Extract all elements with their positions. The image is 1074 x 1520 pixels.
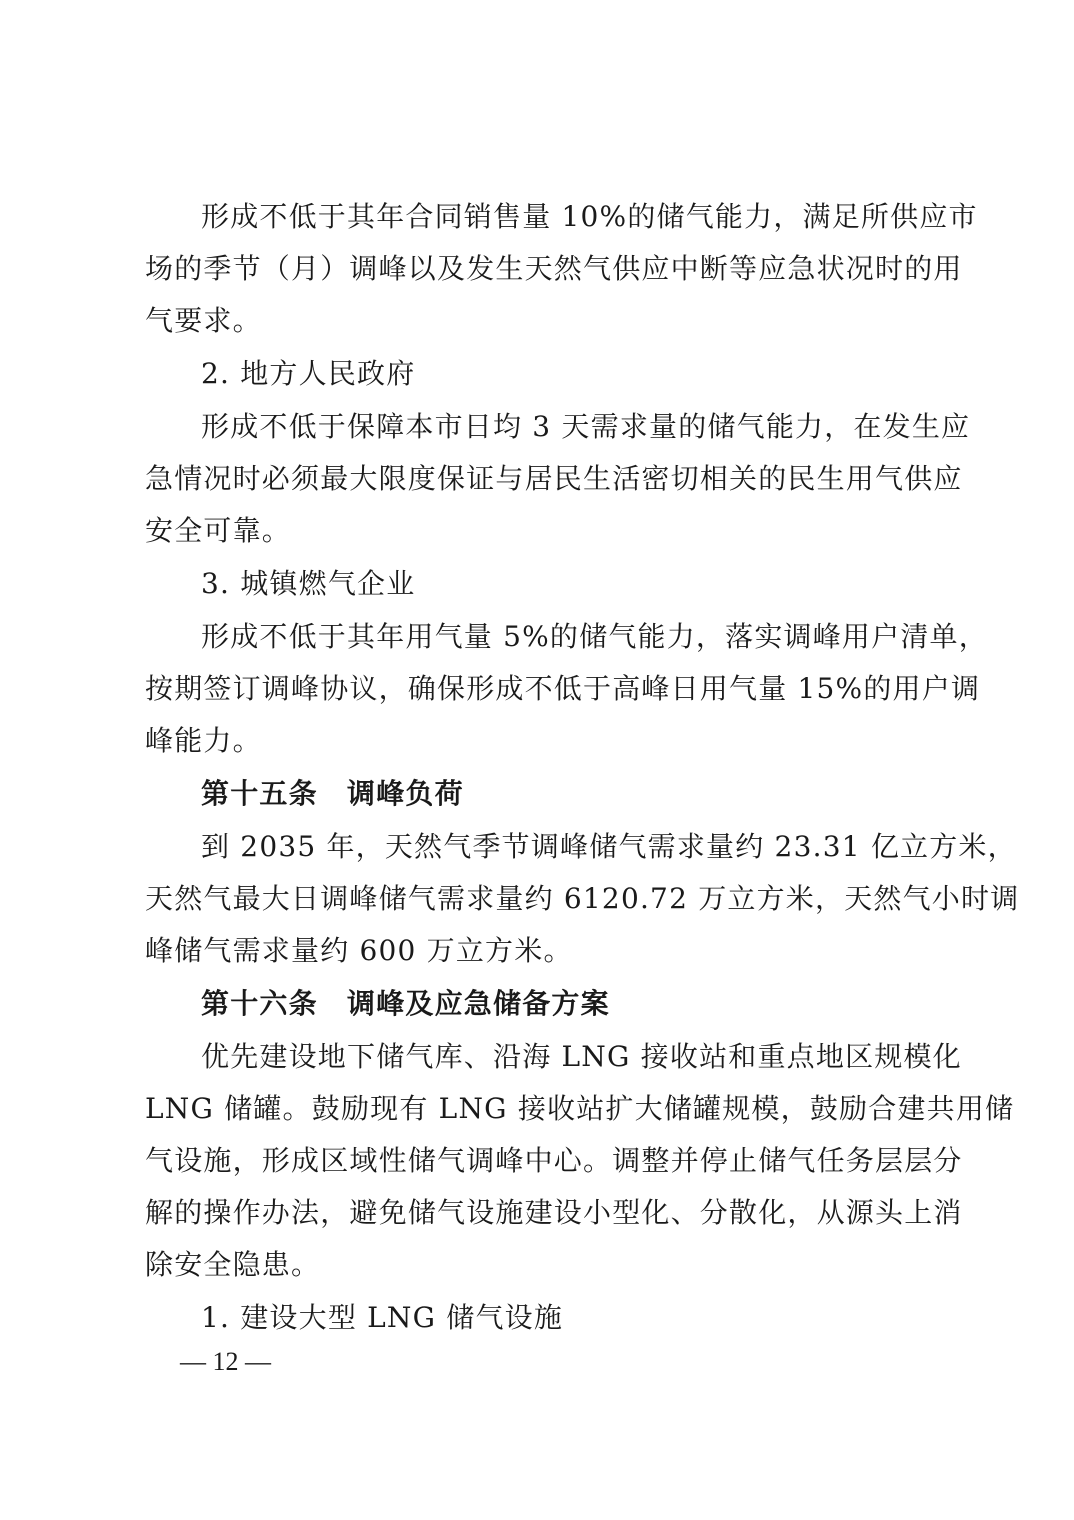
section-heading-lng-facilities: 1. 建设大型 LNG 储气设施 bbox=[201, 1291, 563, 1345]
paragraph-line: 解的操作办法，避免储气设施建设小型化、分散化，从源头上消 bbox=[145, 1186, 940, 1240]
section-heading-local-government: 2. 地方人民政府 bbox=[201, 347, 415, 401]
paragraph-line: 形成不低于其年合同销售量 10%的储气能力，满足所供应市 bbox=[201, 190, 940, 244]
paragraph-line: 场的季节（月）调峰以及发生天然气供应中断等应急状况时的用 bbox=[145, 242, 940, 296]
paragraph-line: 天然气最大日调峰储气需求量约 6120.72 万立方米，天然气小时调 bbox=[145, 872, 940, 926]
paragraph-line: 气要求。 bbox=[145, 294, 262, 348]
paragraph-line: 峰储气需求量约 600 万立方米。 bbox=[145, 924, 573, 978]
page-number: — 12 — bbox=[180, 1345, 271, 1379]
paragraph-line: 急情况时必须最大限度保证与居民生活密切相关的民生用气供应 bbox=[145, 452, 940, 506]
paragraph-line: 峰能力。 bbox=[145, 714, 262, 768]
paragraph-line: 形成不低于保障本市日均 3 天需求量的储气能力，在发生应 bbox=[201, 400, 940, 454]
paragraph-line: 气设施，形成区域性储气调峰中心。调整并停止储气任务层层分 bbox=[145, 1134, 940, 1188]
article-16-heading: 第十六条 调峰及应急储备方案 bbox=[201, 977, 610, 1031]
paragraph-line: 优先建设地下储气库、沿海 LNG 接收站和重点地区规模化 bbox=[201, 1030, 940, 1084]
paragraph-line: 按期签订调峰协议，确保形成不低于高峰日用气量 15%的用户调 bbox=[145, 662, 940, 716]
paragraph-line: 到 2035 年，天然气季节调峰储气需求量约 23.31 亿立方米， bbox=[201, 820, 940, 874]
article-15-heading: 第十五条 调峰负荷 bbox=[201, 767, 464, 821]
section-heading-gas-enterprises: 3. 城镇燃气企业 bbox=[201, 557, 415, 611]
paragraph-line: 除安全隐患。 bbox=[145, 1238, 320, 1292]
paragraph-line: 形成不低于其年用气量 5%的储气能力，落实调峰用户清单， bbox=[201, 610, 940, 664]
paragraph-line: 安全可靠。 bbox=[145, 504, 291, 558]
paragraph-line: LNG 储罐。鼓励现有 LNG 接收站扩大储罐规模，鼓励合建共用储 bbox=[145, 1082, 940, 1136]
